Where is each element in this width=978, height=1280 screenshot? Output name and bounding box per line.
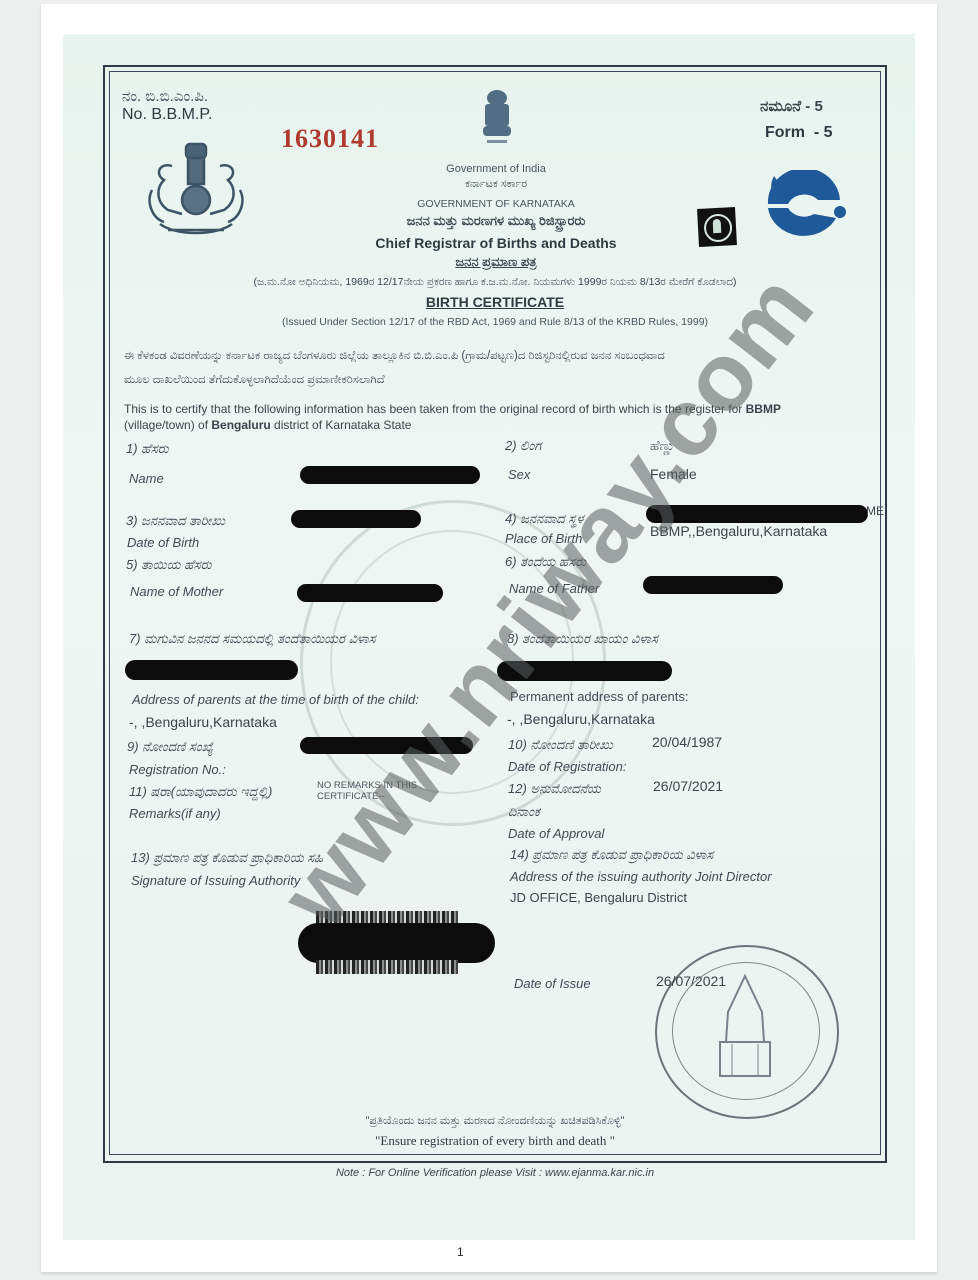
registration-date-label-kannada: 10) ನೋಂದಣಿ ತಾರೀಖು <box>508 737 613 753</box>
mother-label: Name of Mother <box>130 584 223 599</box>
dob-label-kannada: 3) ಜನನವಾದ ತಾರೀಖು <box>126 513 225 529</box>
registrar-english: Chief Registrar of Births and Deaths <box>350 235 642 251</box>
issuer-address-value: JD OFFICE, Bengaluru District <box>510 890 687 905</box>
name-label-kannada: 1) ಹೆಸರು <box>126 441 169 457</box>
sex-label: Sex <box>508 467 530 482</box>
govt-india: Government of India <box>380 163 612 175</box>
birth-address-value: -, ,Bengaluru,Karnataka <box>129 714 277 730</box>
approval-label-kannada-2: ದಿನಾಂಕ <box>508 804 540 820</box>
ashoka-emblem-icon <box>477 88 517 150</box>
karnataka-sarkara: ಕರ್ನಾಟಕ ಸರ್ಕಾರ <box>380 178 612 191</box>
pob-value-suffix: ME, <box>866 504 887 518</box>
registrar-kannada: ಜನನ ಮತ್ತು ಮರಣಗಳ ಮುಖ್ಯ ರಿಜಿಸ್ಟ್ರಾರರು <box>350 213 642 229</box>
registration-date-label: Date of Registration: <box>508 759 627 774</box>
form-label-kannada: ನಮೂನೆ - 5 <box>760 98 823 115</box>
certificate-title-kannada: ಜನನ ಪ್ರಮಾಣ ಪತ್ರ <box>400 254 592 270</box>
form-label: Form - 5 <box>765 124 833 142</box>
intro-text-3: district of Karnataka State <box>271 418 412 432</box>
issuer-address-label-kannada: 14) ಪ್ರಮಾಣ ಪತ್ರ ಕೊಡುವ ಪ್ರಾಧಿಕಾರಿಯ ವಿಳಾಸ <box>510 847 713 863</box>
issue-date-label: Date of Issue <box>514 976 591 991</box>
verification-note: Note : For Online Verification please Vi… <box>200 1167 790 1179</box>
serial-number: 1630141 <box>281 124 379 154</box>
number-label-kannada: ನಂ. ಬಿ.ಬಿ.ಎಂ.ಪಿ. <box>122 88 208 105</box>
number-label: No. B.B.M.P. <box>122 106 212 124</box>
dob-redaction <box>291 510 421 528</box>
registration-no-label-kannada: 9) ನೋಂದಣಿ ಸಂಖ್ಯೆ <box>127 739 213 755</box>
remarks-label-kannada: 11) ಷರಾ(ಯಾವುದಾದರು ಇದ್ದಲ್ಲಿ) <box>129 784 272 800</box>
birth-address-label-kannada: 7) ಮಗುವಿನ ಜನನದ ಸಮಯದಲ್ಲಿ ತಂದೆತಾಯಿಯರ ವಿಳಾಸ <box>129 631 376 647</box>
registration-date-value: 20/04/1987 <box>652 734 722 750</box>
intro-kannada-line2: ಮೂಲ ದಾಖಲೆಯಿಂದ ತೆಗೆದುಕೊಳ್ಳಲಾಗಿದೆಯೆಂದ ಪ್ರಮ… <box>124 374 385 387</box>
issue-date-value: 26/07/2021 <box>656 973 726 989</box>
dob-label: Date of Birth <box>127 535 199 550</box>
registration-logo-icon <box>697 207 737 247</box>
mother-redaction <box>297 584 443 602</box>
intro-english-line2: (village/town) of Bengaluru district of … <box>124 418 411 432</box>
intro-kannada-line1: ಈ ಕೆಳಕಂಡ ವಿವರಣೆಯನ್ನು ಕರ್ನಾಟಕ ರಾಜ್ಯದ ಬೆಂಗ… <box>124 350 665 363</box>
birth-address-redaction <box>125 660 298 680</box>
sex-label-kannada: 2) ಲಿಂಗ <box>505 438 541 454</box>
approval-label: Date of Approval <box>508 826 604 841</box>
intro-text-2: (village/town) of <box>124 418 211 432</box>
approval-label-kannada: 12) ಅನುಮೋದನೆಯ <box>508 781 601 797</box>
karnataka-emblem-icon <box>142 140 250 240</box>
govt-karnataka: GOVERNMENT OF KARNATAKA <box>360 198 632 210</box>
registration-no-label: Registration No.: <box>129 762 226 777</box>
pob-value: BBMP,,Bengaluru,Karnataka <box>650 523 827 539</box>
name-label: Name <box>129 471 164 486</box>
janma-mrityu-logo-icon <box>760 170 850 242</box>
barcode-bottom <box>316 960 458 974</box>
mother-label-kannada: 5) ತಾಯಿಯ ಹೆಸರು <box>126 557 212 573</box>
slogan-english: "Ensure registration of every birth and … <box>250 1133 740 1149</box>
father-redaction <box>643 576 783 594</box>
slogan-kannada: "ಪ್ರತಿಯೊಂದು ಜನನ ಮತ್ತು ಮರಣದ ನೋಂದಣಿಯನ್ನು ಖ… <box>250 1115 740 1128</box>
page-number: 1 <box>457 1245 464 1259</box>
intro-bengaluru: Bengaluru <box>211 418 270 432</box>
certificate-title-text: BIRTH CERTIFICATE <box>426 294 564 310</box>
birth-address-label: Address of parents at the time of birth … <box>132 692 419 707</box>
name-redaction <box>300 466 480 484</box>
remarks-label: Remarks(if any) <box>129 806 221 821</box>
issuer-address-label: Address of the issuing authority Joint D… <box>510 869 772 884</box>
approval-date-value: 26/07/2021 <box>653 778 723 794</box>
